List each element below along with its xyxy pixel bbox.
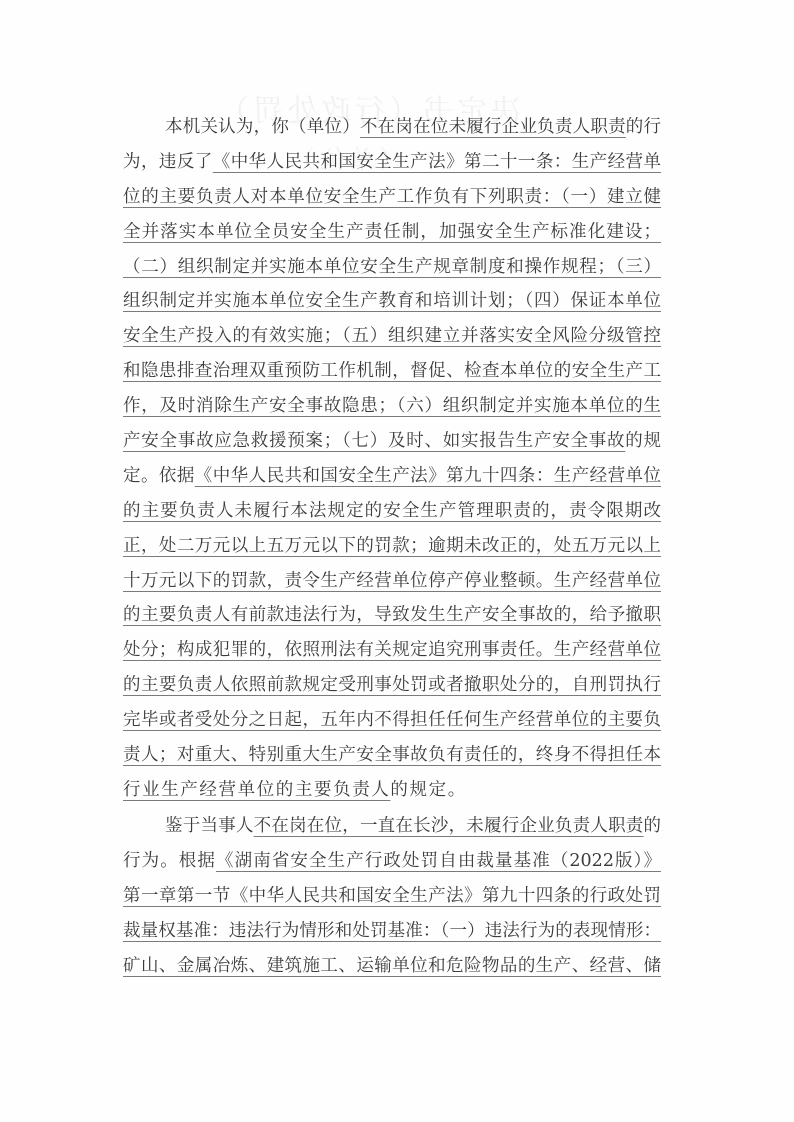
document-body: 本机关认为，你（单位）不在岗在位未履行企业负责人职责的行为，违反了《中华人民共和… [123,110,661,984]
text-segment: 鉴于当事人 [165,816,254,836]
underlined-text: 矿山、金属冶炼、建筑施工、运输单位和危险物品的生产、经营、储 [123,956,661,976]
text-line: 正，处二万元以上五万元以下的罚款；逾期未改正的，处五万元以上 [123,529,661,564]
text-line: 完毕或者受处分之日起，五年内不得担任任何生产经营单位的主要负 [123,703,661,738]
text-line: 裁量权基准：违法行为情形和处罚基准：（一）违法行为的表现情形： [123,914,661,949]
text-line: 十万元以下的罚款，责令生产经营单位停产停业整顿。生产经营单位 [123,564,661,599]
text-line: 为，违反了《中华人民共和国安全生产法》第二十一条：生产经营单 [123,145,661,180]
underlined-text: 行业生产经营单位的主要负责人 [123,780,390,800]
underlined-text: （二）组织制定并实施本单位安全生产规章制度和操作规程；（三） [123,257,661,277]
underlined-text: 作，及时消除生产安全事故隐患；（六）组织制定并实施本单位的生 [123,396,661,416]
underlined-text: 位的主要负责人对本单位安全生产工作负有下列职责：（一）建立健 [123,187,661,207]
text-line: 处分；构成犯罪的，依照刑法有关规定追究刑事责任。生产经营单位 [123,633,661,668]
underlined-text: 的主要负责人未履行本法规定的安全生产管理职责的，责令限期改 [123,501,661,521]
underlined-text: 第一章第一节《中华人民共和国安全生产法》第九十四条的行政处罚 [123,886,661,906]
text-segment: 的规定。 [390,780,466,800]
text-line: 组织制定并实施本单位安全生产教育和培训计划；（四）保证本单位 [123,284,661,319]
underlined-text: 和隐患排查治理双重预防工作机制，督促、检查本单位的安全生产工 [123,361,661,381]
text-line: 作，及时消除生产安全事故隐患；（六）组织制定并实施本单位的生 [123,389,661,424]
underlined-text: 不在岗在位，一直在长沙，未履行企业负责人职责 [254,816,644,836]
text-line: 第一章第一节《中华人民共和国安全生产法》第九十四条的行政处罚 [123,879,661,914]
text-segment: 为，违反了 [123,152,213,172]
underlined-text: 《中华人民共和国安全生产法》第二十一条：生产经营单 [213,152,661,172]
underlined-text: 的主要负责人依照前款规定受刑事处罚或者撤职处分的，自刑罚执行 [123,675,661,695]
underlined-text: 十万元以下的罚款，责令生产经营单位停产停业整顿。生产经营单位 [123,571,661,591]
underlined-text: 正，处二万元以上五万元以下的罚款；逾期未改正的，处五万元以上 [123,536,661,556]
text-line: 和隐患排查治理双重预防工作机制，督促、检查本单位的安全生产工 [123,354,661,389]
text-line: 定。依据《中华人民共和国安全生产法》第九十四条：生产经营单位 [123,459,661,494]
text-line: 的主要负责人有前款违法行为，导致发生生产安全事故的，给予撤职 [123,598,661,633]
text-line: 的主要负责人依照前款规定受刑事处罚或者撤职处分的，自刑罚执行 [123,668,661,703]
underlined-text: 安全生产投入的有效实施；（五）组织建立并落实安全风险分级管控 [123,326,661,346]
text-segment: 本机关认为，你（单位） [165,117,360,137]
underlined-text: 《湖南省安全生产行政处罚自由裁量基准（2022版）》 [216,851,661,871]
paragraph: 本机关认为，你（单位）不在岗在位未履行企业负责人职责的行为，违反了《中华人民共和… [123,110,661,808]
text-line: 行业生产经营单位的主要负责人的规定。 [123,773,661,808]
text-segment: 的行 [626,117,661,137]
text-line: 位的主要负责人对本单位安全生产工作负有下列职责：（一）建立健 [123,180,661,215]
text-line: 鉴于当事人不在岗在位，一直在长沙，未履行企业负责人职责的 [123,809,661,844]
text-segment: 的规 [625,431,661,451]
text-line: 的主要负责人未履行本法规定的安全生产管理职责的，责令限期改 [123,494,661,529]
underlined-text: 的主要负责人有前款违法行为，导致发生生产安全事故的，给予撤职 [123,605,661,625]
text-line: 本机关认为，你（单位）不在岗在位未履行企业负责人职责的行 [123,110,661,145]
underlined-text: 责人；对重大、特别重大生产安全事故负有责任的，终身不得担任本 [123,745,661,765]
text-line: 全并落实本单位全员安全生产责任制，加强安全生产标准化建设； [123,215,661,250]
underlined-text: 裁量权基准：违法行为情形和处罚基准：（一）违法行为的表现情形： [123,921,661,941]
text-line: 责人；对重大、特别重大生产安全事故负有责任的，终身不得担任本 [123,738,661,773]
text-line: （二）组织制定并实施本单位安全生产规章制度和操作规程；（三） [123,250,661,285]
text-segment: 定。依据 [123,466,195,486]
underlined-text: 处分；构成犯罪的，依照刑法有关规定追究刑事责任。生产经营单位 [123,640,661,660]
text-line: 安全生产投入的有效实施；（五）组织建立并落实安全风险分级管控 [123,319,661,354]
underlined-text: 组织制定并实施本单位安全生产教育和培训计划；（四）保证本单位 [123,291,661,311]
underlined-text: 产安全事故应急救援预案；（七）及时、如实报告生产安全事故 [123,431,625,451]
underlined-text: 全并落实本单位全员安全生产责任制，加强安全生产标准化建设； [123,222,661,242]
text-segment: 行为。根据 [123,851,216,871]
document-page: 决定书（行政处罚） （单位） 本机关认为，你（单位）不在岗在位未履行企业负责人职… [0,0,794,1122]
paragraph: 鉴于当事人不在岗在位，一直在长沙，未履行企业负责人职责的行为。根据《湖南省安全生… [123,809,661,983]
underlined-text: 完毕或者受处分之日起，五年内不得担任任何生产经营单位的主要负 [123,710,661,730]
text-line: 产安全事故应急救援预案；（七）及时、如实报告生产安全事故的规 [123,424,661,459]
underlined-text: 不在岗在位未履行企业负责人职责 [360,117,626,137]
underlined-text: 《中华人民共和国安全生产法》第九十四条：生产经营单位 [195,466,661,486]
text-segment: 的 [644,816,662,836]
text-line: 行为。根据《湖南省安全生产行政处罚自由裁量基准（2022版）》 [123,844,661,879]
text-line: 矿山、金属冶炼、建筑施工、运输单位和危险物品的生产、经营、储 [123,949,661,984]
